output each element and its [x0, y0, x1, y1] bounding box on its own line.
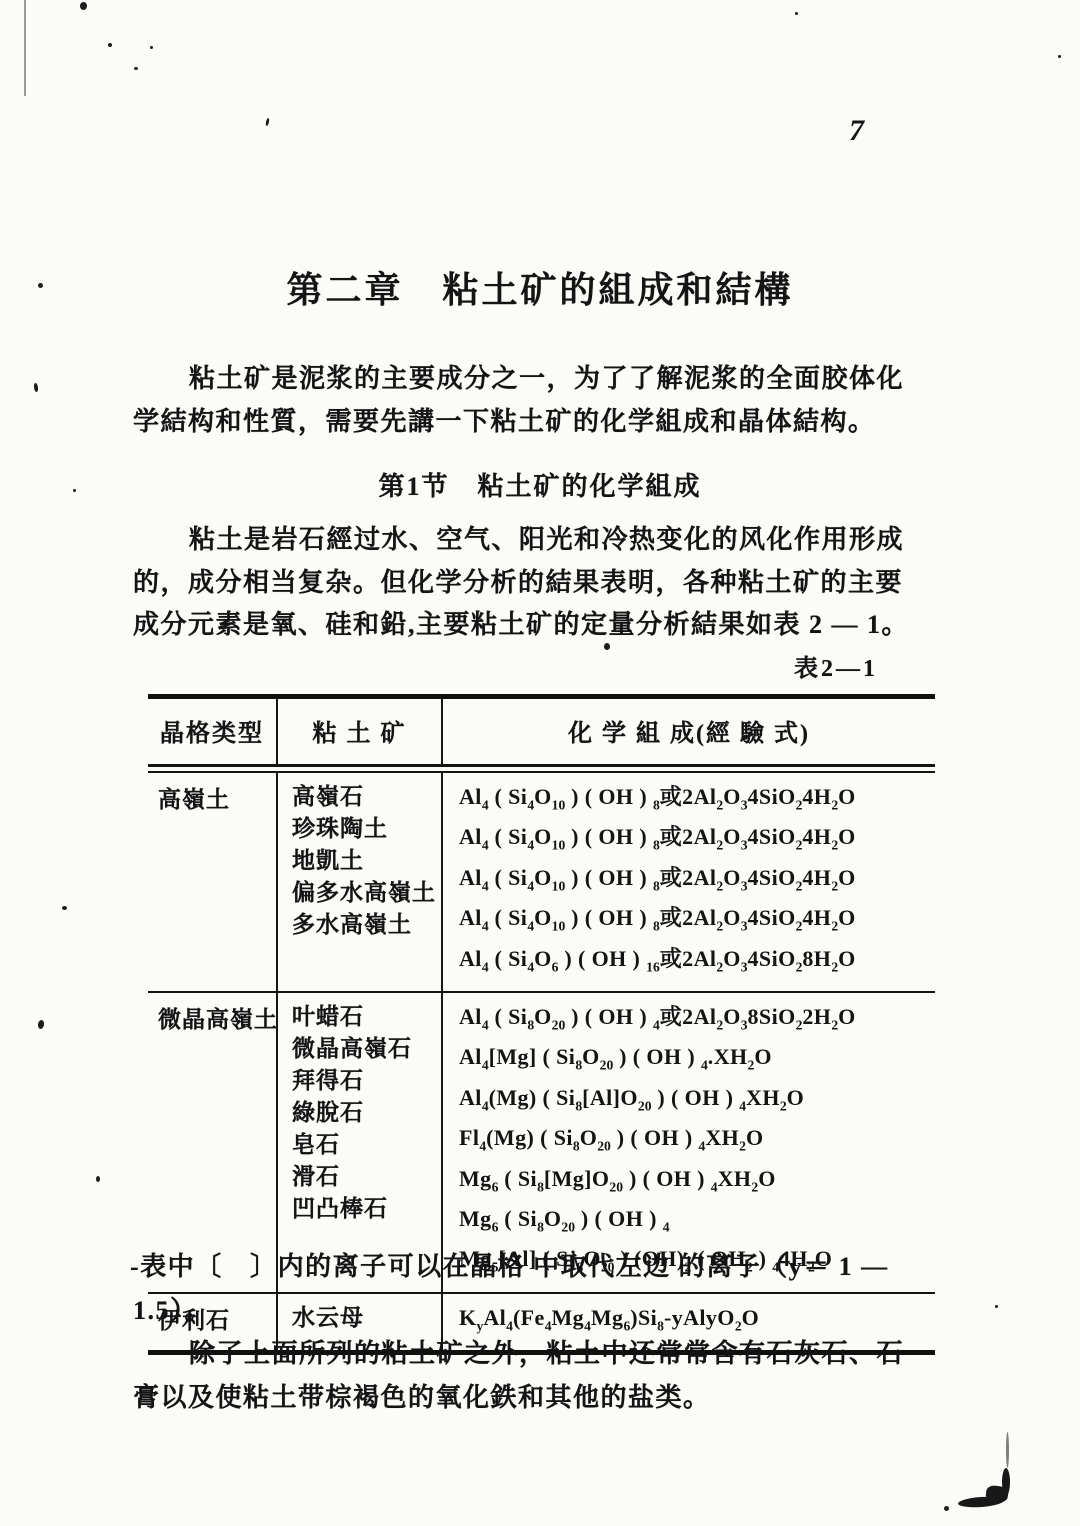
chemical-formula: Al4 ( Si8O20 ) ( OH ) 4或2Al2O38SiO22H2O [459, 1001, 935, 1041]
mineral-name: 地凱土 [292, 845, 441, 877]
scan-speck [33, 383, 38, 392]
body-line-2: 的，成分相当复杂。但化学分析的結果表明，各种粘土矿的主要 [133, 566, 903, 600]
chemical-formula: Al4 ( Si4O10 ) ( OH ) 8或2Al2O34SiO24H2O [459, 902, 935, 942]
chemical-formula: Al4[Mg] ( Si8O20 ) ( OH ) 4.XH2O [459, 1041, 935, 1081]
page-number: 7 [849, 114, 864, 148]
mineral-name: 滑石 [292, 1161, 441, 1193]
mineral-column: 高嶺石珍珠陶土地凱土偏多水高嶺土多水高嶺土 [278, 773, 443, 991]
scan-speck [80, 2, 87, 10]
note1-line-2: 1.5）。 [133, 1294, 212, 1328]
intro-line-2: 学結构和性質，需要先講一下粘土矿的化学組成和晶体結构。 [133, 405, 876, 439]
mineral-name: 高嶺石 [292, 781, 441, 813]
scan-speck [150, 46, 153, 49]
mineral-name: 拜得石 [292, 1065, 441, 1097]
intro-line-1: 粘土矿是泥浆的主要成分之一，为了了解泥浆的全面胶体化 [189, 362, 904, 396]
chemical-formula: Al4 ( Si4O6 ) ( OH ) 16或2Al2O34SiO28H2O [459, 943, 935, 983]
scan-speck [795, 12, 798, 15]
section-heading: 第1节 粘土矿的化学組成 [0, 466, 1080, 503]
mineral-name: 珍珠陶土 [292, 813, 441, 845]
chemical-formula: Al4 ( Si4O10 ) ( OH ) 8或2Al2O34SiO24H2O [459, 862, 935, 902]
ink-smudge [1002, 1468, 1010, 1496]
ink-smudge [1006, 1432, 1009, 1468]
note2-line-2: 膏以及使粘土带棕褐色的氧化鉄和其他的盐类。 [133, 1381, 711, 1415]
body-line-3: 成分元素是氧、硅和鉛,主要粘土矿的定量分析結果如表 2 — 1。 [133, 608, 909, 642]
mineral-name: 水云母 [292, 1302, 441, 1334]
chemical-formula: Al4 ( Si4O10 ) ( OH ) 8或2Al2O34SiO24H2O [459, 781, 935, 821]
mineral-name: 微晶高嶺石 [292, 1033, 441, 1065]
scan-speck [995, 1305, 998, 1308]
body-line-1: 粘土是岩石經过水、空气、阳光和冷热变化的风化作用形成 [189, 523, 904, 557]
scan-speck [604, 643, 610, 650]
scan-speck [108, 43, 112, 47]
note1-line-1: -表中〔 〕内的离子可以在晶格 中取代左边 的离子（y＝ 1 — [130, 1250, 889, 1284]
mineral-column: 叶蜡石微晶高嶺石拜得石綠脫石皂石滑石凹凸棒石 [278, 993, 443, 1292]
table-header-row: 晶格类型 粘 土 矿 化 学 組 成(經 驗 式) [148, 699, 935, 764]
header-chemical-composition: 化 学 組 成(經 驗 式) [443, 699, 935, 764]
header-crystal-lattice-type: 晶格类型 [148, 699, 278, 764]
table-group: 高嶺土高嶺石珍珠陶土地凱土偏多水高嶺土多水高嶺土Al4 ( Si4O10 ) (… [148, 773, 935, 991]
chemical-formula: Fl4(Mg) ( Si8O20 ) ( OH ) 4XH2O [459, 1122, 935, 1162]
note2-line-1: 除了上面所列的粘土矿之外，粘土中还常常含有石灰石、石 [189, 1337, 904, 1371]
mineral-name: 凹凸棒石 [292, 1193, 441, 1225]
group-type-label: 微晶高嶺土 [148, 993, 278, 1292]
scan-speck [1058, 55, 1061, 58]
scan-speck [37, 1020, 44, 1030]
table-caption: 表2—1 [794, 648, 878, 683]
header-clay-mineral: 粘 土 矿 [278, 699, 443, 764]
formula-column: Al4 ( Si4O10 ) ( OH ) 8或2Al2O34SiO24H2OA… [443, 773, 935, 991]
scan-speck [265, 118, 270, 126]
scan-speck [62, 906, 67, 910]
formula-column: Al4 ( Si8O20 ) ( OH ) 4或2Al2O38SiO22H2OA… [443, 993, 935, 1292]
scanned-page: 7 第二章 粘土矿的組成和結構 粘土矿是泥浆的主要成分之一，为了了解泥浆的全面胶… [0, 0, 1080, 1526]
header-double-rule [148, 764, 935, 773]
mineral-name: 叶蜡石 [292, 1001, 441, 1033]
table-group: 微晶高嶺土叶蜡石微晶高嶺石拜得石綠脫石皂石滑石凹凸棒石Al4 ( Si8O20 … [148, 991, 935, 1292]
scan-speck [944, 1506, 949, 1511]
chemical-formula: Al4 ( Si4O10 ) ( OH ) 8或2Al2O34SiO24H2O [459, 821, 935, 861]
chemical-formula: Al4(Mg) ( Si8[Al]O20 ) ( OH ) 4XH2O [459, 1082, 935, 1122]
scan-edge-line [24, 0, 26, 96]
mineral-name: 多水高嶺土 [292, 909, 441, 941]
scan-speck [96, 1176, 100, 1182]
mineral-name: 皂石 [292, 1129, 441, 1161]
chemical-formula: Mg6 ( Si8O20 ) ( OH ) 4 [459, 1203, 935, 1243]
chemical-formula: Mg6 ( Si8[Mg]O20 ) ( OH ) 4XH2O [459, 1163, 935, 1203]
scan-speck [134, 67, 138, 70]
mineral-name: 綠脫石 [292, 1097, 441, 1129]
mineral-name: 偏多水高嶺土 [292, 877, 441, 909]
group-type-label: 高嶺土 [148, 773, 278, 991]
chapter-title: 第二章 粘土矿的組成和結構 [0, 262, 1080, 313]
